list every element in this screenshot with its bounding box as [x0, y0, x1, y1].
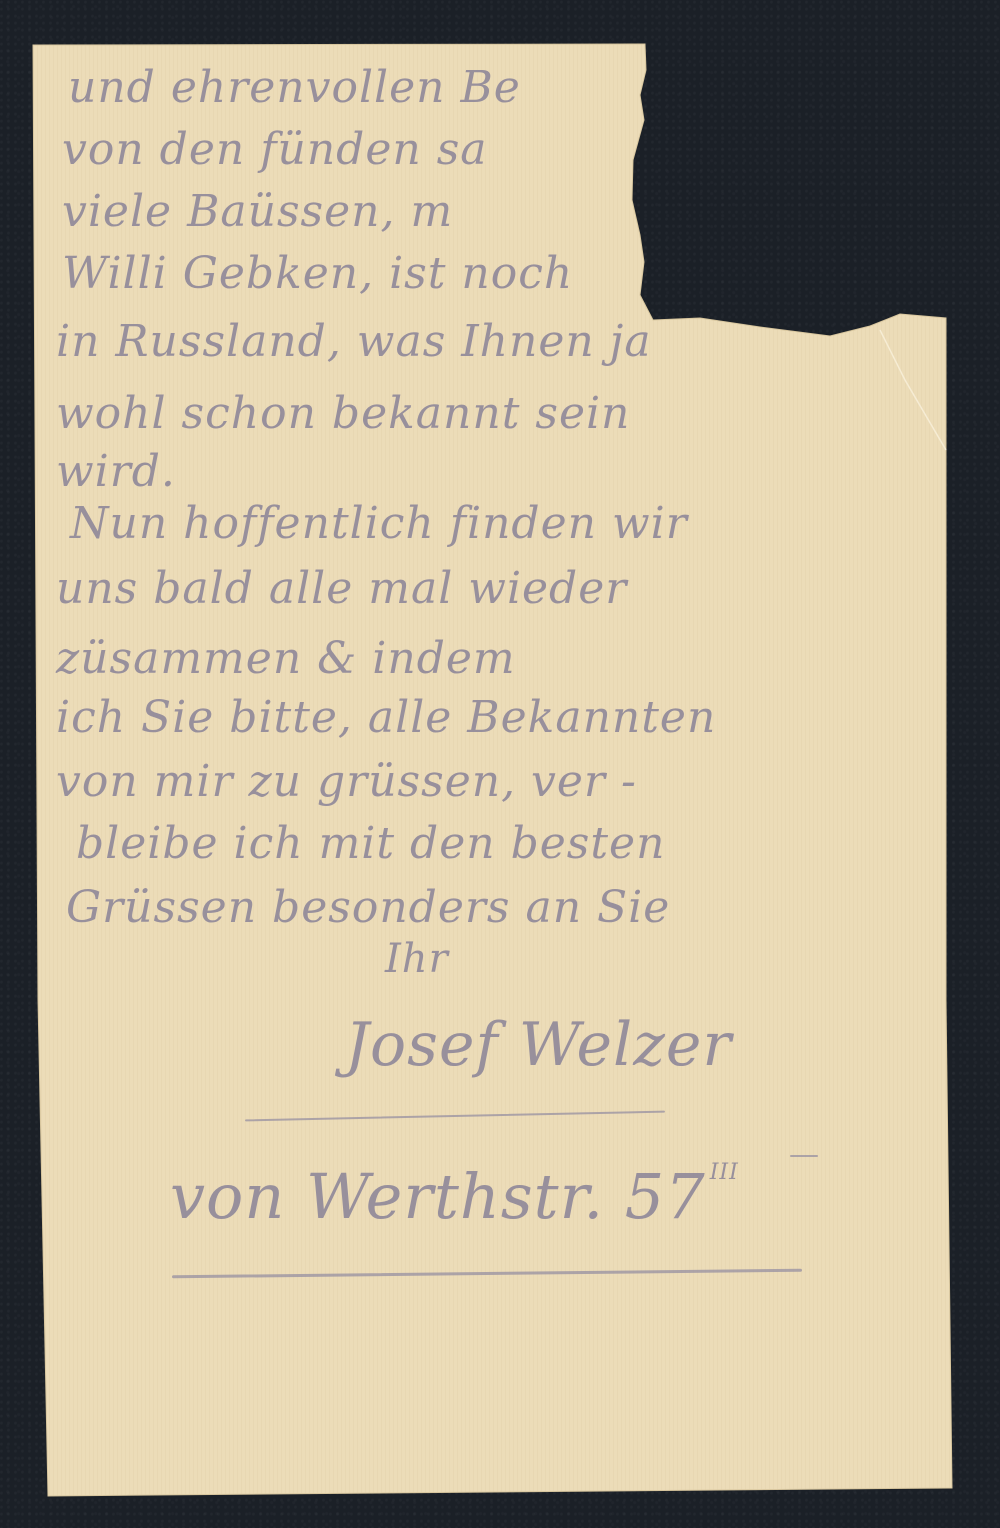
sender-address: von Werthstr. 57III — [170, 1160, 739, 1233]
signature: Josef Welzer — [345, 1010, 732, 1080]
text-line: uns bald alle mal wieder — [56, 563, 627, 614]
text-line: wird. — [56, 446, 176, 497]
text-line: bleibe ich mit den besten — [76, 818, 665, 869]
text-line: viele Baüssen, m — [62, 186, 453, 237]
text-line: Nun hoffentlich finden wir — [70, 498, 688, 549]
text-line: Willi Gebken, ist noch — [62, 248, 573, 299]
text-line: züsammen & indem — [56, 633, 516, 684]
text-line: ich Sie bitte, alle Bekannten — [56, 692, 716, 743]
closing-text: Ihr — [385, 936, 449, 982]
address-floor: III — [710, 1160, 739, 1185]
text-line: wohl schon bekannt sein — [56, 388, 630, 439]
text-line: Grüssen besonders an Sie — [66, 882, 670, 933]
text-line: von mir zu grüssen, ver - — [56, 756, 637, 807]
text-line: von den fünden sa — [62, 124, 488, 175]
floor-overline — [790, 1155, 818, 1157]
address-text: von Werthstr. 57 — [170, 1160, 706, 1233]
text-line: in Russland, was Ihnen ja — [56, 316, 652, 367]
postcard: und ehrenvollen Be von den fünden sa vie… — [0, 0, 1000, 1528]
text-line: und ehrenvollen Be — [68, 62, 521, 113]
